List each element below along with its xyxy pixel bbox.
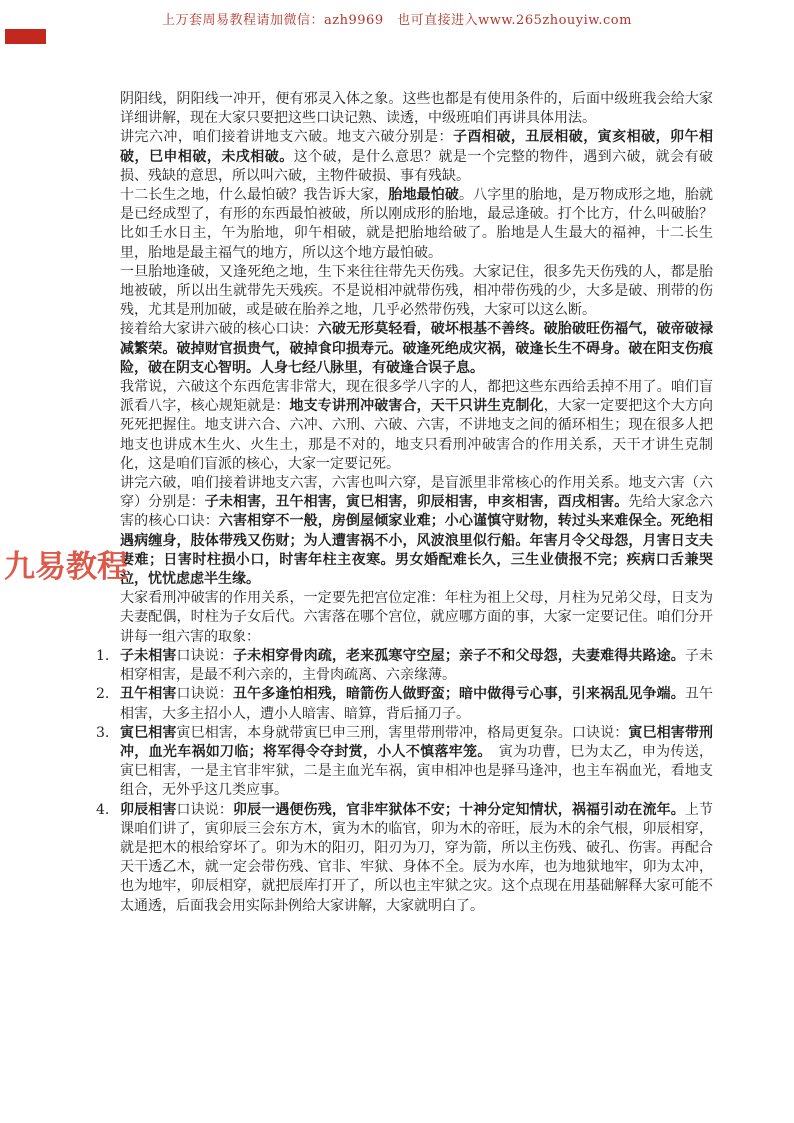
bold-text-run: 丑午相害 bbox=[120, 686, 177, 702]
header-banner: 上万套周易教程请加微信：azh9969 也可直接进入www.265zhouyiw… bbox=[0, 9, 794, 28]
list-item: 3.寅巳相害寅巳相害，本身就带寅巳申三刑，害里带刑带冲，格局更复杂。口诀说：寅巳… bbox=[120, 724, 713, 801]
bold-text-run: 胎地最怕破 bbox=[388, 187, 459, 203]
list-number: 1. bbox=[96, 647, 109, 666]
list-item: 2.丑午相害口诀说：丑午多逢怕相残，暗箭伤人做野蛮；暗中做得亏心事，引来祸乱见争… bbox=[120, 685, 713, 723]
bold-text-run: 子未相害，丑午相害，寅巳相害，卯辰相害，申亥相害，酉戌相害。 bbox=[205, 494, 629, 510]
text-run: 一旦胎地逢破，又逢死绝之地，生下来往往带先天伤残。大家记住，很多先天伤残的人，都… bbox=[120, 264, 713, 318]
bold-text-run: 卯辰一遇便伤残，官非牢狱体不安；十神分定知情状，祸福引动在流年。 bbox=[233, 802, 685, 818]
bold-text-run: 子未相害 bbox=[120, 648, 177, 664]
bold-text-run: 卯辰相害 bbox=[120, 802, 177, 818]
paragraph: 我常说，六破这个东西危害非常大，现在很多学八字的人，都把这些东西给丢掉不用了。咱… bbox=[120, 378, 713, 474]
bold-text-run: 寅巳相害 bbox=[120, 725, 177, 741]
text-run: 大家看刑冲破害的作用关系，一定要先把宫位定准：年柱为祖上父母，月柱为兄弟父母，日… bbox=[120, 590, 713, 644]
paragraph: 讲完六冲，咱们接着讲地支六破。地支六破分别是：子酉相破，丑辰相破，寅亥相破，卯午… bbox=[120, 128, 713, 186]
list-number: 4. bbox=[96, 801, 109, 820]
list-number: 3. bbox=[96, 724, 109, 743]
text-run: 口诀说： bbox=[177, 686, 234, 702]
list-item: 4.卯辰相害口诀说：卯辰一遇便伤残，官非牢狱体不安；十神分定知情状，祸福引动在流… bbox=[120, 801, 713, 916]
red-badge bbox=[5, 29, 46, 44]
watermark: 九易教程 bbox=[4, 541, 128, 586]
text-run: 口诀说： bbox=[177, 648, 234, 664]
paragraph: 接着给大家讲六破的核心口诀：六破无形莫轻看，破坏根基不善终。破胎破旺伤福气，破帝… bbox=[120, 320, 713, 378]
text-run: 讲完六冲，咱们接着讲地支六破。地支六破分别是： bbox=[120, 129, 453, 145]
paragraph: 讲完六破，咱们接着讲地支六害，六害也叫六穿，是盲派里非常核心的作用关系。地支六害… bbox=[120, 474, 713, 589]
paragraph: 一旦胎地逢破，又逢死绝之地，生下来往往带先天伤残。大家记住，很多先天伤残的人，都… bbox=[120, 263, 713, 321]
text-run: 十二长生之地，什么最怕破？我告诉大家， bbox=[120, 187, 388, 203]
paragraph: 大家看刑冲破害的作用关系，一定要先把宫位定准：年柱为祖上父母，月柱为兄弟父母，日… bbox=[120, 589, 713, 647]
text-run: 口诀说： bbox=[177, 802, 234, 818]
text-run: 接着给大家讲六破的核心口诀： bbox=[120, 321, 318, 337]
text-run: 寅巳相害，本身就带寅巳申三刑，害里带刑带冲，格局更复杂。口诀说： bbox=[177, 725, 629, 741]
paragraph: 阴阳线，阴阳线一冲开，便有邪灵入体之象。这些也都是有使用条件的，后面中级班我会给… bbox=[120, 90, 713, 128]
bold-text-run: 丑午多逢怕相残，暗箭伤人做野蛮；暗中做得亏心事，引来祸乱见争端。 bbox=[233, 686, 685, 702]
paragraph: 十二长生之地，什么最怕破？我告诉大家，胎地最怕破。八字里的胎地，是万物成形之地，… bbox=[120, 186, 713, 263]
bold-text-run: 子未相穿骨肉疏，老来孤寒守空屋；亲子不和父母怨，夫妻难得共路途。 bbox=[233, 648, 685, 664]
bold-text-run: 地支专讲刑冲破害合，天干只讲生克制化 bbox=[289, 398, 543, 414]
list-item: 1.子未相害口诀说：子未相穿骨肉疏，老来孤寒守空屋；亲子不和父母怨，夫妻难得共路… bbox=[120, 647, 713, 685]
document-body: 阴阳线，阴阳线一冲开，便有邪灵入体之象。这些也都是有使用条件的，后面中级班我会给… bbox=[120, 90, 713, 916]
list-number: 2. bbox=[96, 685, 109, 704]
text-run: 上节课咱们讲了，寅卯辰三会东方木，寅为木的临官，卯为木的帝旺，辰为木的余气根，卯… bbox=[120, 802, 713, 914]
text-run: 阴阳线，阴阳线一冲开，便有邪灵入体之象。这些也都是有使用条件的，后面中级班我会给… bbox=[120, 91, 713, 126]
